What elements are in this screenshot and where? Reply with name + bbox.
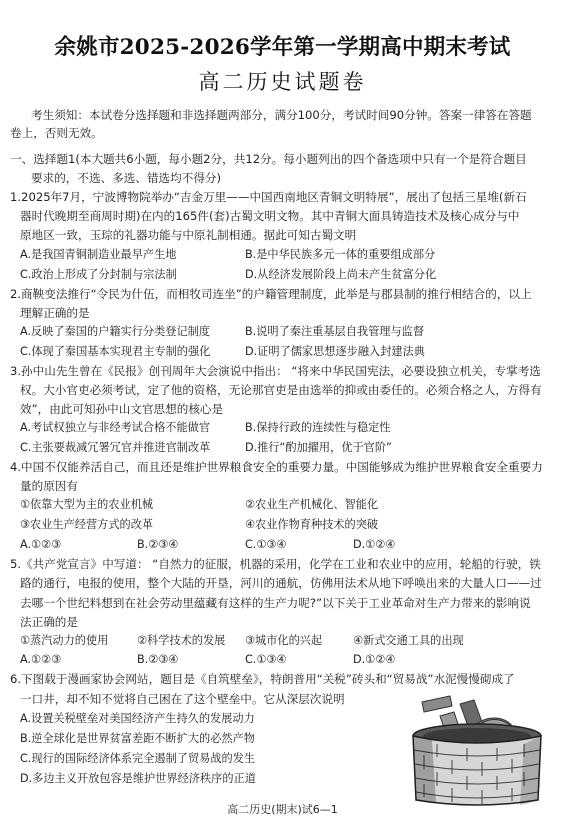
option-c: C.政治上形成了分封制与宗法制	[20, 268, 177, 282]
question-stem-line: 3.孙中山先生曾在《民报》创刊周年大会演说中指出： “将来中华民国宪法，必要设独…	[10, 364, 541, 378]
question-stem-line: 6.下图载于漫画家协会网站，题目是《自筑壁垒》，特朗普用“关税”砖头和“贸易战”…	[10, 672, 515, 686]
option-b: B.②③④	[137, 538, 178, 552]
statement-4: ④农业作物育种技术的突破	[245, 518, 378, 532]
statement-4: ④新式交通工具的出现	[353, 634, 464, 648]
question-stem-line: 去哪一个世纪料想到在社会劳动里蕴藏有这样的生产力呢?”以下关于工业革命对生产力带…	[20, 596, 531, 610]
section-heading-line-2: 要求的，不选、多选、错选均不得分)	[31, 171, 221, 185]
question-stem-line: 原地区一致，玉琮的礼器功能与中原礼制相通。据此可知古蜀文明	[20, 228, 356, 242]
option-c: C.体现了秦国基本实现君主专制的强化	[20, 345, 210, 359]
question-stem-line: 路的通行，电报的使用，整个大陆的开垦，河川的通航，仿佛用法术从地下呼唤出来的大量…	[20, 576, 542, 590]
statement-2: ②农业生产机械化、智能化	[245, 498, 378, 512]
question-stem-line: 法正确的是	[20, 615, 78, 629]
option-a: A.考试权独立与非经考试合格不能做官	[20, 421, 210, 435]
option-d: D.①②④	[353, 653, 395, 667]
question-stem-line: 一口井，却不知不觉将自己困在了这个壁垒中。它从深层次说明	[20, 692, 345, 706]
option-c: C.主张要裁减冗署冗官并推进官制改革	[20, 441, 210, 455]
exam-page: 余姚市2025-2026学年第一学期高中期末考试 高二历史试题卷 考生须知：本试…	[0, 0, 565, 825]
page-footer: 高二历史(期末)试6—1	[0, 801, 565, 817]
question-stem-line: 2.商鞅变法推行“令民为什伍，而相牧司连坐”的户籍管理制度，此举是与郡县制的推行…	[10, 287, 532, 301]
option-a: A.设置关税壁垒对美国经济产生持久的发展动力	[20, 712, 255, 726]
question-stem-line: 5.《共产党宣言》中写道： “自然力的征服，机器的采用，化学在工业和农业中的应用…	[10, 557, 541, 571]
statement-2: ②科学技术的发展	[137, 634, 225, 648]
statement-3: ③城市化的兴起	[245, 634, 322, 648]
option-d: D.多边主义开放包容是维护世界经济秩序的正道	[20, 772, 256, 786]
question-stem-line: 1.2025年7月，宁波博物院举办“吉金万里——中国西南地区青铜文明特展”，展出…	[10, 190, 527, 204]
option-b: B.是中华民族多元一体的重要组成部分	[245, 248, 435, 262]
exam-subtitle: 高二历史试题卷	[0, 66, 565, 96]
option-b: B.②③④	[137, 653, 178, 667]
statement-1: ①蒸汽动力的使用	[20, 634, 108, 648]
statement-1: ①依靠大型为主的农业机械	[20, 498, 153, 512]
option-a: A.①②③	[20, 653, 61, 667]
notice-line-1: 考生须知：本试卷分选择题和非选择题两部分，满分100分，考试时间90分钟。答案一…	[31, 108, 532, 122]
option-d: D.从经济发展阶段上尚未产生贫富分化	[245, 268, 436, 282]
option-a: A.反映了秦国的户籍实行分类登记制度	[20, 325, 210, 339]
question-stem-line: 效”，由此可知孙中山文官思想的核心是	[20, 402, 223, 416]
question-stem-line: 器时代晚期至商周时期)在内的165件(套)古蜀文明文物。其中青铜大面具铸造技术及…	[20, 209, 519, 223]
option-c: C.①③④	[245, 538, 286, 552]
statement-3: ③农业生产经营方式的改革	[20, 518, 153, 532]
option-d: D.证明了儒家思想逐步融入封建法典	[245, 345, 425, 359]
option-c: C.①③④	[245, 653, 286, 667]
question-stem-line: 4.中国不仅能养活自己，而且还是维护世界粮食安全的重要力量。中国能够成为维护世界…	[10, 460, 543, 474]
notice-line-2: 卷上，否则无效。	[10, 126, 103, 140]
option-b: B.说明了秦注重基层自我管理与监督	[245, 325, 424, 339]
option-b: B.逆全球化是世界贫富差距不断扩大的必然产物	[20, 732, 255, 746]
question-stem-line: 权。大小官吏必须考试，定了他的资格，无论那官吏是由选举的抑或由委任的。必须合格之…	[20, 383, 542, 397]
option-a: A.①②③	[20, 538, 61, 552]
question-stem-line: 理解正确的是	[20, 306, 90, 320]
question-stem-line: 量的原因有	[20, 479, 78, 493]
option-b: B.保持行政的连续性与稳定性	[245, 421, 390, 435]
cartoon-brick-well-icon	[402, 688, 552, 806]
option-a: A.是我国青铜制造业最早产生地	[20, 248, 176, 262]
option-c: C.现行的国际经济体系完全遏制了贸易战的发生	[20, 752, 255, 766]
option-d: D.①②④	[353, 538, 395, 552]
exam-title: 余姚市2025-2026学年第一学期高中期末考试	[0, 30, 565, 61]
option-d: D.推行“酌加擢用，优于官阶”	[245, 441, 392, 455]
section-heading-line-1: 一、选择题1(本大题共6小题，每小题2分，共12分。每小题列出的四个备选项中只有…	[10, 152, 527, 166]
